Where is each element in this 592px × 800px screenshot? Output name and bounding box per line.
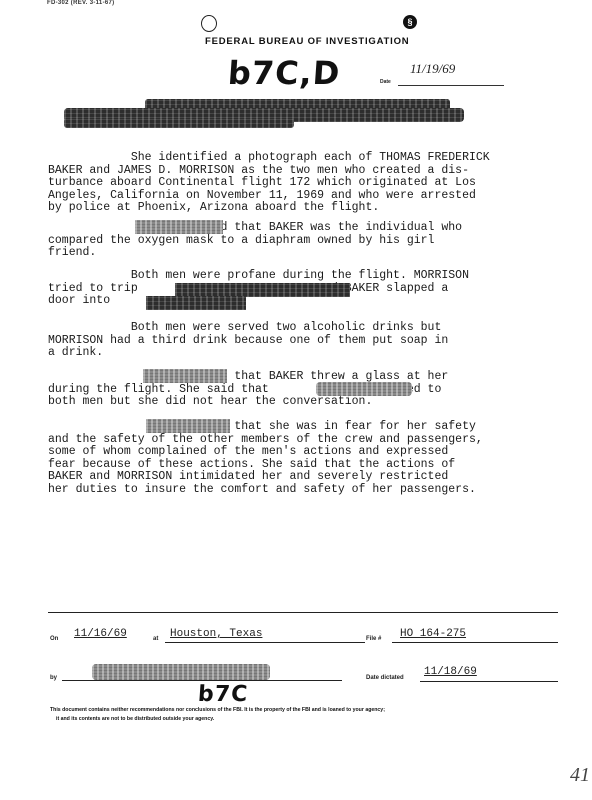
interview-location: Houston, Texas bbox=[170, 628, 262, 640]
paragraph-6: said that she was in fear for her safety… bbox=[48, 421, 483, 496]
on-label: On bbox=[50, 636, 58, 642]
date-label: Date bbox=[380, 79, 391, 85]
file-underline bbox=[392, 642, 558, 643]
location-underline bbox=[165, 642, 365, 643]
disclaimer-line-2: it and its contents are not to be distri… bbox=[56, 716, 214, 722]
by-underline bbox=[62, 680, 342, 681]
at-label: at bbox=[153, 636, 158, 642]
redaction-agent-name bbox=[92, 664, 270, 680]
disclaimer-line-1: This document contains neither recommend… bbox=[50, 707, 385, 713]
date-dictated-label: Date dictated bbox=[366, 675, 404, 681]
seal-icon: § bbox=[403, 15, 417, 29]
handwritten-code-footer: b7C bbox=[197, 682, 249, 707]
file-number: HO 164-275 bbox=[400, 628, 466, 640]
footer-divider bbox=[48, 612, 558, 613]
date-dictated: 11/18/69 bbox=[424, 666, 477, 678]
redaction-name-1 bbox=[135, 220, 223, 234]
dictated-underline bbox=[420, 681, 558, 682]
form-number: FD-302 (REV. 3-11-67) bbox=[47, 0, 114, 6]
paragraph-4: Both men were served two alcoholic drink… bbox=[48, 322, 448, 360]
redaction-name-3 bbox=[146, 296, 246, 310]
handwritten-exemption-code: b7C,D bbox=[227, 54, 342, 92]
redaction-name-6 bbox=[146, 419, 230, 433]
file-label: File # bbox=[366, 636, 381, 642]
date-underline bbox=[398, 85, 504, 86]
paragraph-1: She identified a photograph each of THOM… bbox=[48, 152, 490, 215]
redaction-header-c bbox=[64, 118, 294, 128]
paragraph-2: said that BAKER was the individual who c… bbox=[48, 222, 462, 260]
by-label: by bbox=[50, 675, 57, 681]
punch-hole-icon bbox=[201, 15, 217, 32]
interview-date: 11/16/69 bbox=[74, 628, 127, 640]
agency-title: FEDERAL BUREAU OF INVESTIGATION bbox=[205, 36, 409, 47]
redaction-name-4 bbox=[143, 369, 227, 383]
handwritten-page-number: 41 bbox=[570, 764, 590, 787]
redaction-name-2 bbox=[175, 283, 350, 297]
redaction-name-5 bbox=[316, 382, 412, 396]
document-date: 11/19/69 bbox=[410, 61, 455, 77]
